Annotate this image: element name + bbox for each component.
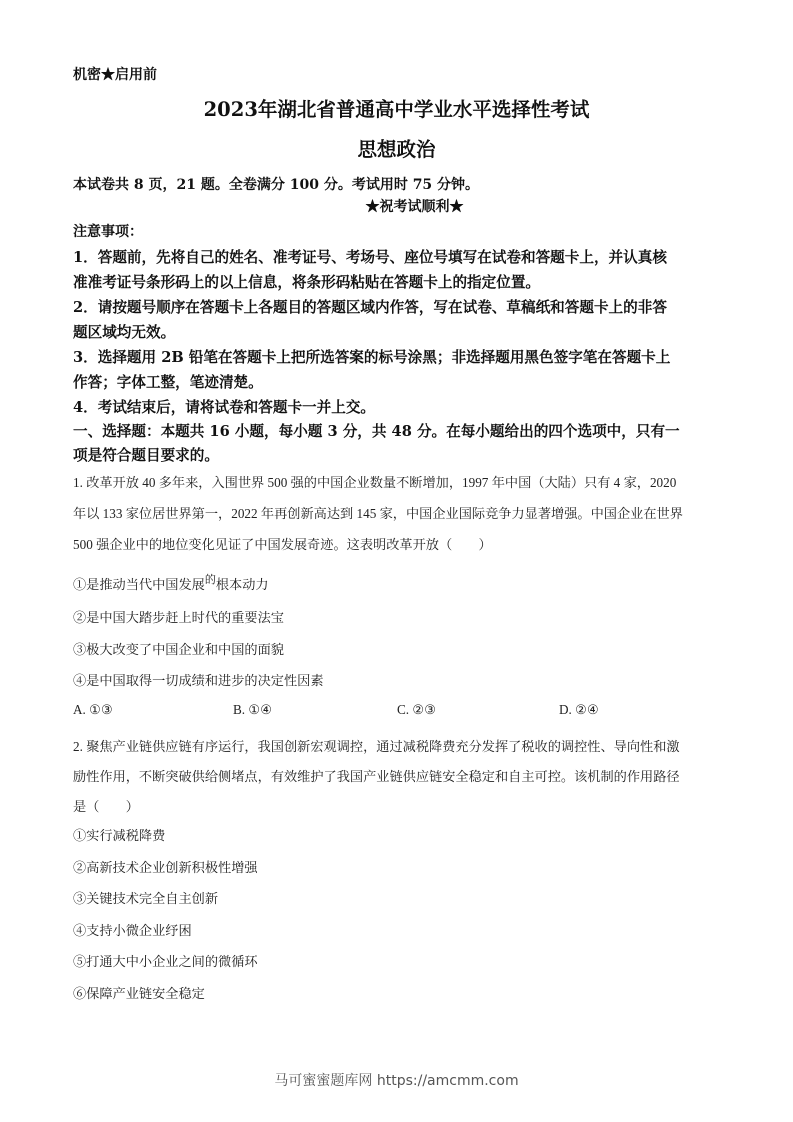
question-stem-line: 是（ ）: [73, 796, 139, 815]
choice-b[interactable]: B. ①④: [233, 702, 272, 718]
section-instruction-line: 项是符合题目要求的。: [73, 444, 219, 465]
question-stem-line: 1. 改革开放 40 多年来，入围世界 500 强的中国企业数量不断增加，199…: [73, 472, 676, 491]
subject-title: 思想政治: [0, 134, 793, 162]
statement-text: ①是推动当代中国发展: [73, 577, 205, 592]
choice-a[interactable]: A. ①③: [73, 702, 113, 718]
statement-2: ②高新技术企业创新积极性增强: [73, 857, 258, 876]
confidential-label: 机密★启用前: [73, 64, 157, 84]
statement-3: ③极大改变了中国企业和中国的面貌: [73, 639, 284, 658]
choice-c[interactable]: C. ②③: [397, 702, 436, 718]
note-line: 作答；字体工整，笔迹清楚。: [73, 371, 263, 392]
statement-1: ①实行减税降费: [73, 825, 165, 844]
notes-heading: 注意事项：: [73, 221, 143, 241]
statement-2: ②是中国大踏步赶上时代的重要法宝: [73, 607, 284, 626]
statement-6: ⑥保障产业链安全稳定: [73, 983, 205, 1002]
statement-4: ④是中国取得一切成绩和进步的决定性因素: [73, 670, 324, 689]
note-line: 4．考试结束后，请将试卷和答题卡一并上交。: [73, 396, 375, 417]
question-stem-line: 500 强企业中的地位变化见证了中国发展奇迹。这表明改革开放（ ）: [73, 534, 492, 553]
exam-info: 本试卷共 8 页，21 题。全卷满分 100 分。考试用时 75 分钟。: [73, 174, 479, 194]
section-instruction-line: 一、选择题：本题共 16 小题，每小题 3 分，共 48 分。在每小题给出的四个…: [73, 420, 680, 441]
question-stem-line: 励性作用，不断突破供给侧堵点，有效维护了我国产业链供应链安全稳定和自主可控。该机…: [73, 766, 680, 785]
question-stem-line: 年以 133 家位居世界第一，2022 年再创新高达到 145 家，中国企业国际…: [73, 503, 683, 522]
note-line: 题区域均无效。: [73, 321, 175, 342]
statement-superscript: 的: [205, 574, 216, 586]
exam-title: 2023年湖北省普通高中学业水平选择性考试: [0, 94, 793, 122]
footer-watermark: 马可蜜蜜题库网 https://amcmm.com: [0, 1070, 793, 1090]
exam-page: 机密★启用前 2023年湖北省普通高中学业水平选择性考试 思想政治 本试卷共 8…: [0, 0, 793, 1122]
note-line: 3．选择题用 2B 铅笔在答题卡上把所选答案的标号涂黑；非选择题用黑色签字笔在答…: [73, 346, 670, 367]
statement-3: ③关键技术完全自主创新: [73, 888, 218, 907]
choice-d[interactable]: D. ②④: [559, 702, 599, 718]
good-luck-banner: ★祝考试顺利★: [0, 196, 793, 216]
statement-1: ①是推动当代中国发展的根本动力: [73, 574, 269, 593]
question-stem-line: 2. 聚焦产业链供应链有序运行，我国创新宏观调控，通过减税降费充分发挥了税收的调…: [73, 736, 680, 755]
note-line: 准准考证号条形码上的以上信息，将条形码粘贴在答题卡上的指定位置。: [73, 271, 540, 292]
statement-5: ⑤打通大中小企业之间的微循环: [73, 951, 258, 970]
note-line: 2．请按题号顺序在答题卡上各题目的答题区域内作答，写在试卷、草稿纸和答题卡上的非…: [73, 296, 667, 317]
statement-4: ④支持小微企业纾困: [73, 920, 192, 939]
note-line: 1．答题前，先将自己的姓名、准考证号、考场号、座位号填写在试卷和答题卡上，并认真…: [73, 246, 667, 267]
statement-text: 根本动力: [216, 577, 269, 592]
